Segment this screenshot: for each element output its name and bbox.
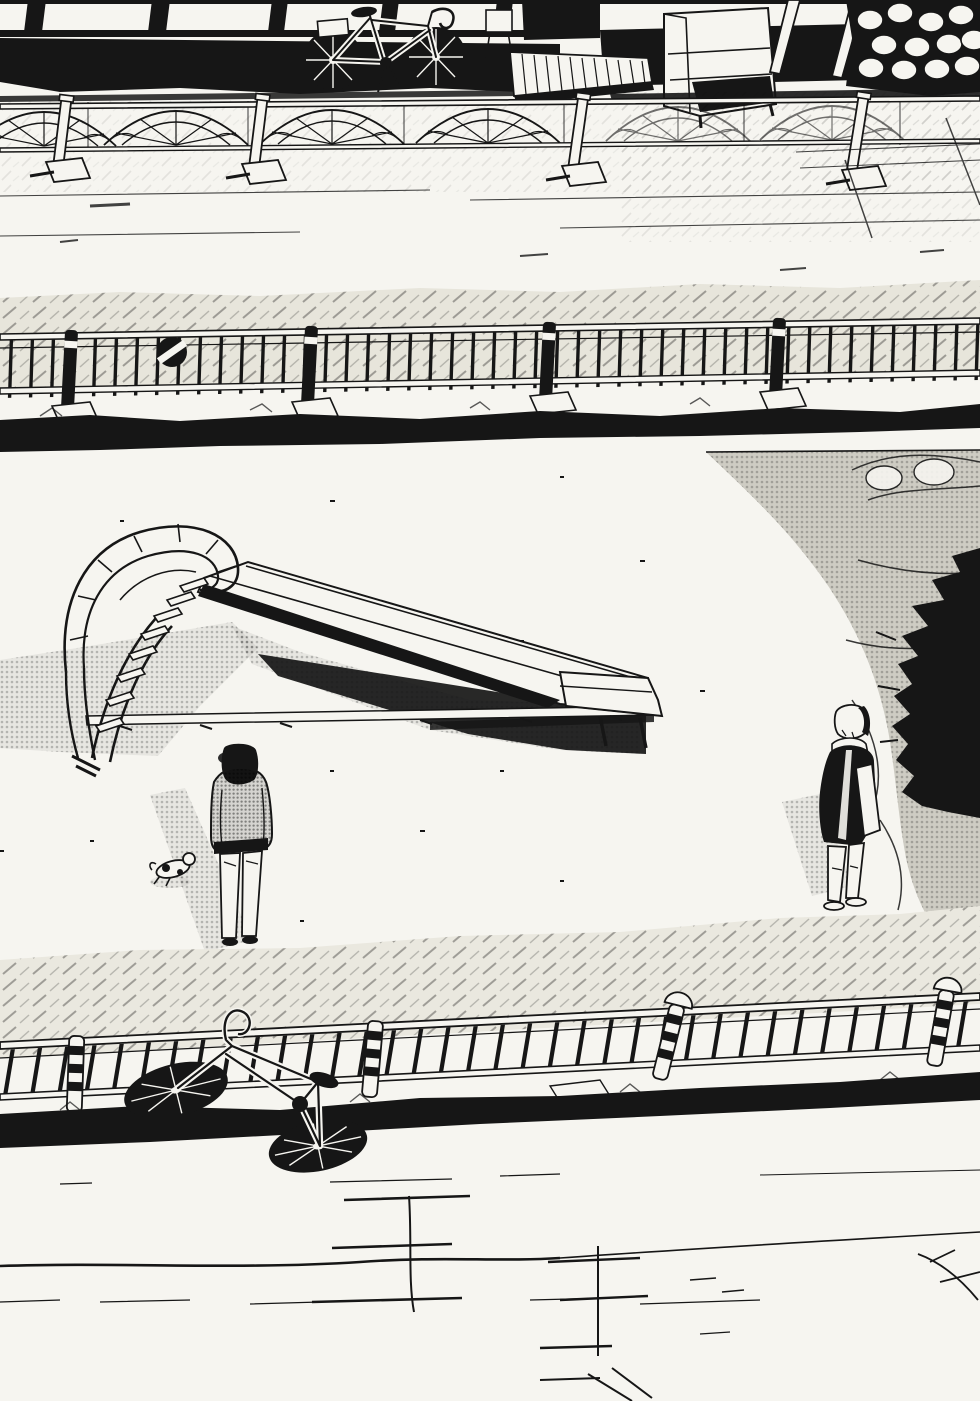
manga-panel-art: Monochrome manga panel: empty playground…: [0, 0, 980, 1401]
no-entry-sign: [157, 337, 187, 367]
window-sill: [0, 30, 560, 37]
manga-panel: Monochrome manga panel: empty playground…: [0, 0, 980, 1401]
doorway: [522, 0, 600, 40]
wall-base: [0, 38, 560, 94]
